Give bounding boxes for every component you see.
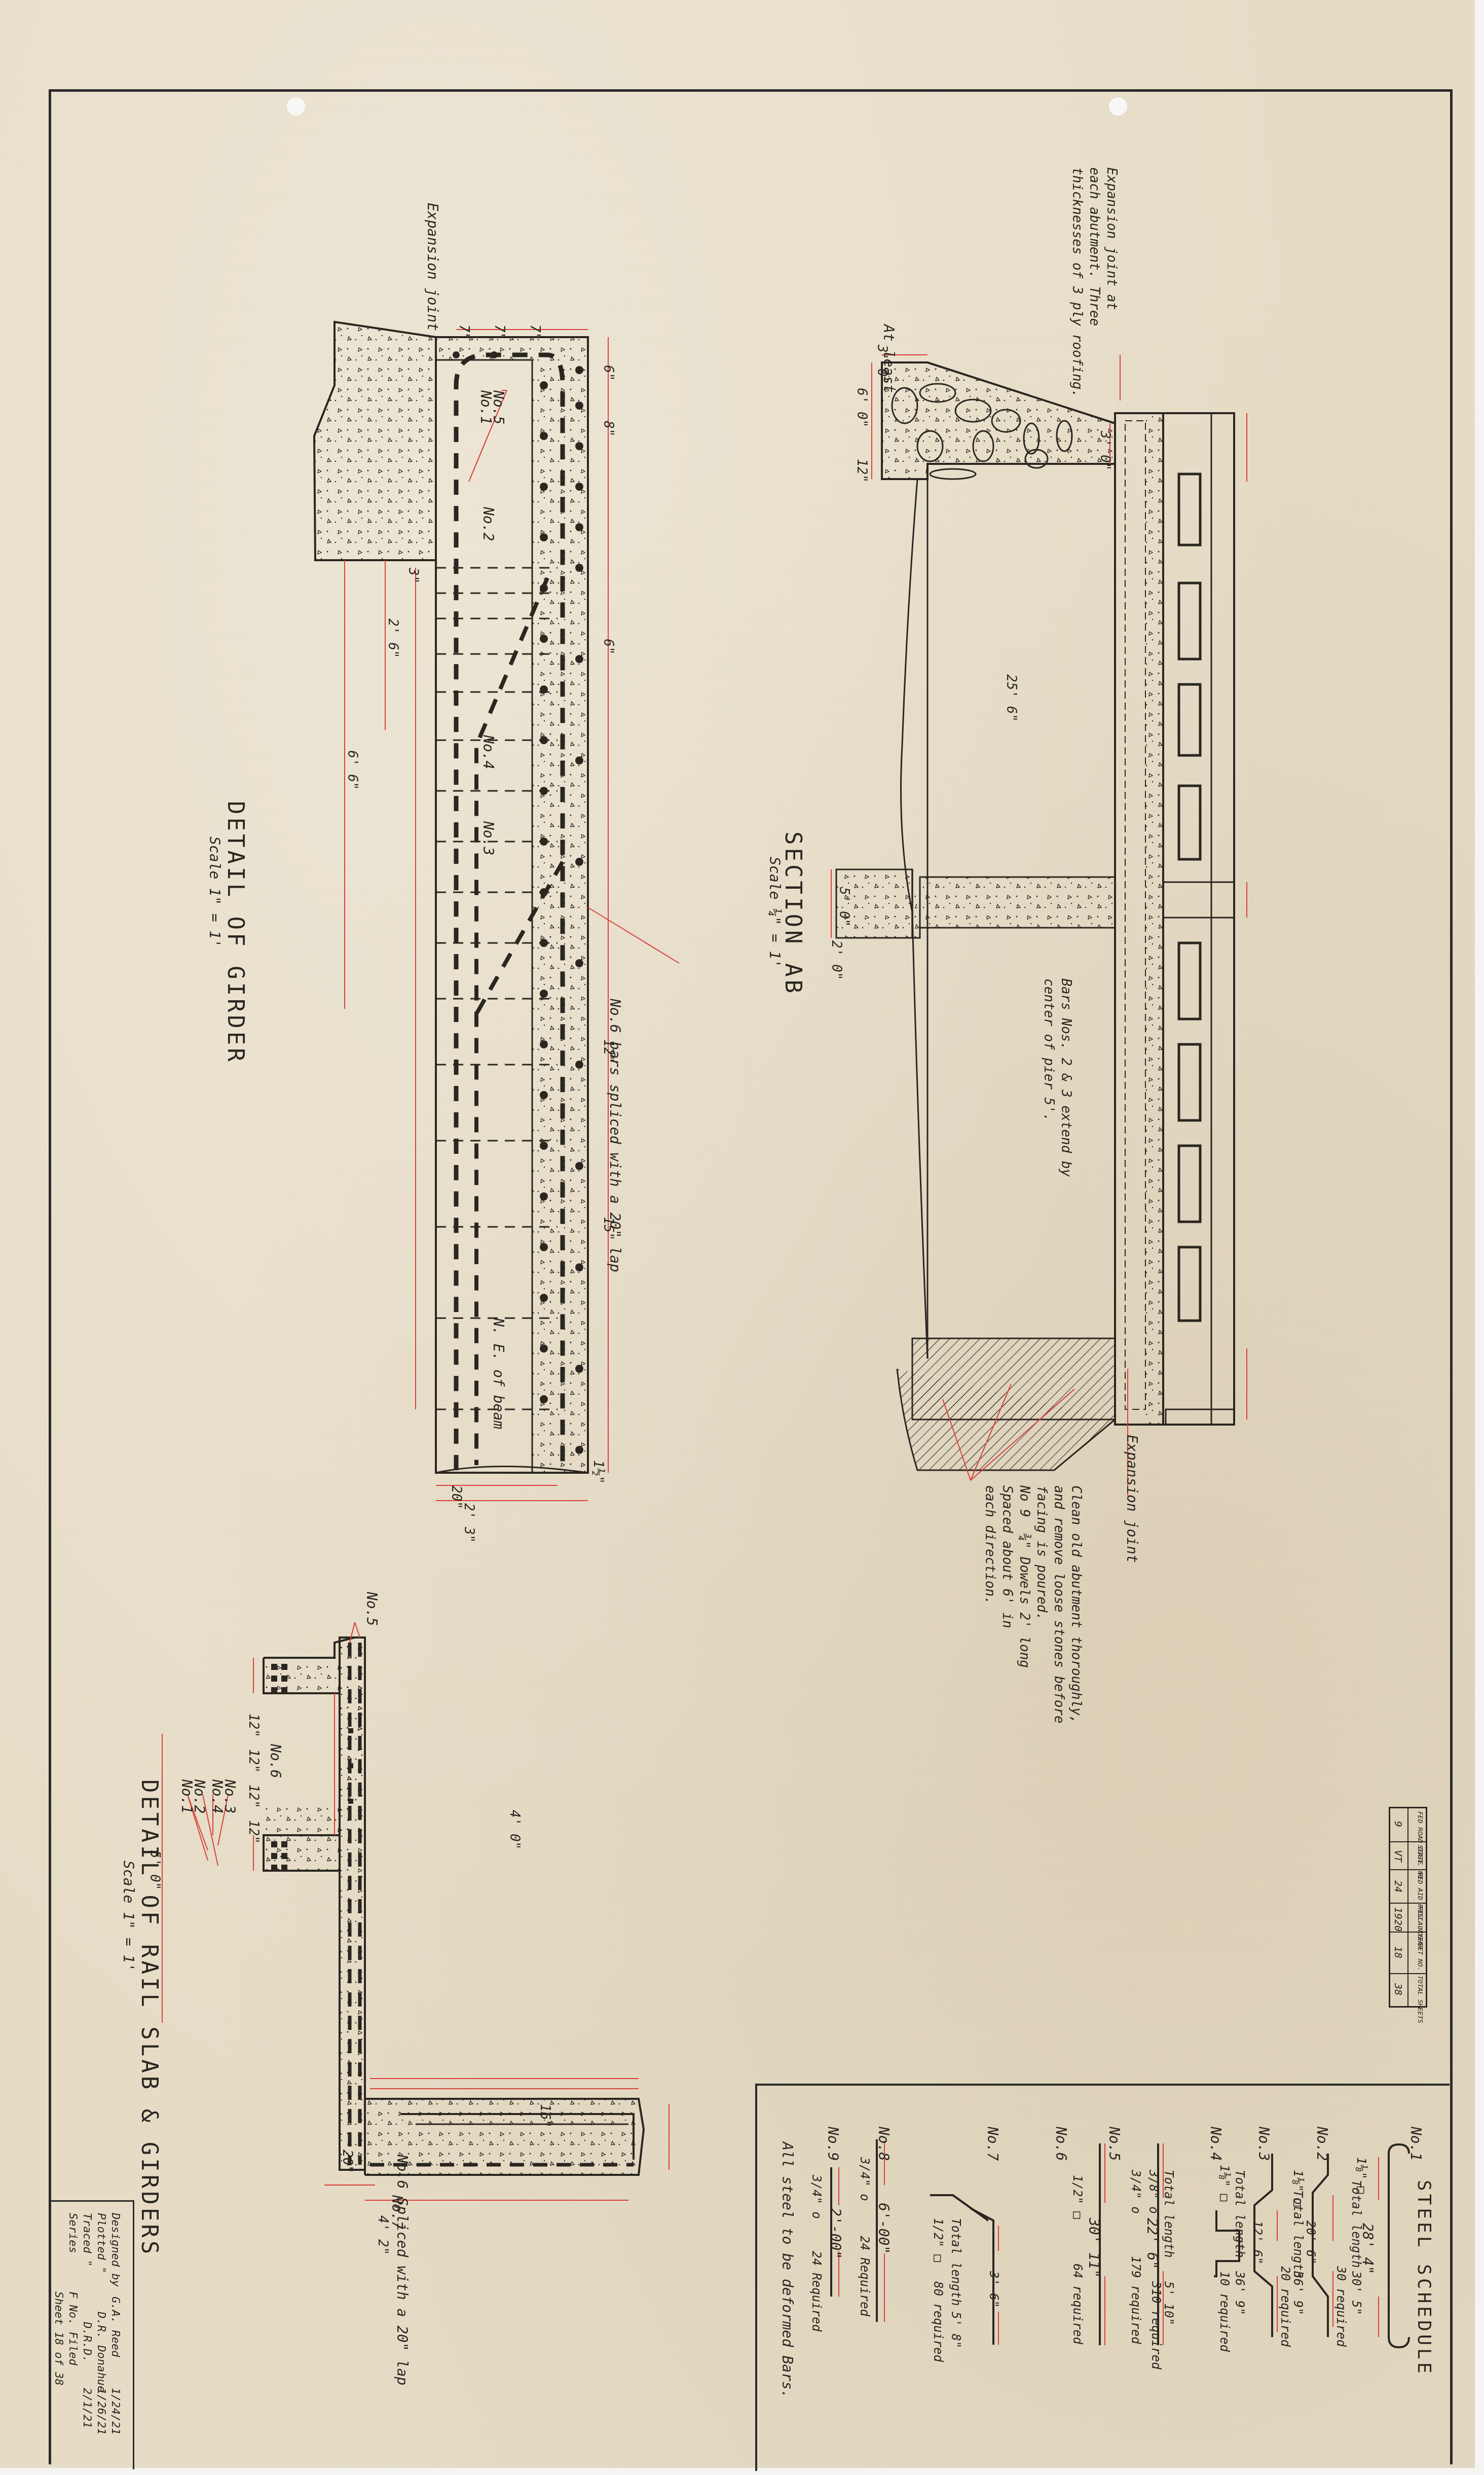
bar-no6-required: 64 required [1070, 2264, 1085, 2344]
bar-no4-size: 3/8" o [1146, 2170, 1161, 2214]
rail-vdim-12in-b: 12" [246, 1749, 261, 1773]
rail-vdim-12in-d: 12" [246, 1820, 261, 1844]
dim-right-12in: 12" [601, 1039, 616, 1063]
bar-no2-required: 20 required [1278, 2266, 1292, 2347]
dim-2ft3in: 2' 3" [461, 1503, 476, 1543]
girder-detail-scale: Scale 1" = 1' [206, 836, 223, 948]
bar-no7-required: 80 required [931, 2281, 945, 2362]
bar-no3-required: 10 required [1217, 2271, 1232, 2352]
dim-right-8in: 8" [601, 421, 616, 436]
dim-right-15in: 15" [601, 1217, 616, 1241]
expansion-joint-note: Expansion joint at each abutment. Three … [1068, 167, 1120, 397]
credit-traced-label: Traced " [81, 2213, 93, 2267]
abutment-height: 6' 0" [854, 388, 869, 427]
rail-bar-label-no6: No.6 [267, 1744, 284, 1778]
dim-top-7in-c: 7" [527, 324, 542, 340]
rail-bottom-4ft2in: 4' 2" [375, 2215, 390, 2255]
credit-sheet: Sheet 18 of 38 [52, 2291, 65, 2385]
header-state: STATE [1416, 1845, 1424, 1865]
value-fiscal-year: 1920 [1392, 1907, 1404, 1932]
rail-bottom-20in: 20" [340, 2150, 355, 2173]
abutment-inner-height: 3' 0" [1097, 431, 1112, 470]
value-fed-aid-proj: 24 [1392, 1880, 1404, 1892]
dim-right-6in: 6" [601, 365, 616, 381]
bar-label-no4: No.4 [480, 735, 497, 769]
value-total-sheets: 38 [1392, 1983, 1404, 1995]
abutment-cleaning-note: Clean old abutment thoroughly, and remov… [981, 1485, 1085, 1724]
rail-bar-label-no2: No.2 [191, 1779, 208, 1813]
bar-mark-no5: No.5 [1106, 2127, 1123, 2161]
bar-label-no3: No.3 [480, 821, 497, 855]
credit-plotted-date: 1/26/21 [95, 2388, 107, 2435]
bar-no4-total: 5' 10" [1162, 2281, 1176, 2325]
rail-vdim-12in-a: 12" [246, 1714, 261, 1737]
bar-no7-leg: 3' 6" [987, 2271, 1001, 2308]
bar-no9-size: 3/4" o [809, 2175, 824, 2219]
slab-dim-16in: 16" [537, 2104, 552, 2128]
federal-title-block: FED ROAD DIST. NO. STATE FED AID PROJ. N… [1389, 1807, 1427, 2008]
girder-detail-title: DETAIL OF GIRDER [222, 801, 248, 1065]
credit-traced-name: D.R.D. [81, 2322, 93, 2362]
bar-no9-length: 2'-00" [827, 2208, 844, 2259]
steel-schedule-title: STEEL SCHEDULE [1414, 2180, 1434, 2376]
bar-no9-required: 24 Required [809, 2251, 824, 2332]
credit-plotted-label: Plotted " [95, 2213, 107, 2273]
bar-no7-size: 1/2" □ [931, 2218, 945, 2262]
rail-vdim-12in-c: 12" [246, 1785, 261, 1808]
bar-label-no5: No.5 [490, 390, 507, 424]
bar-no6-length: 30' 11" [1086, 2218, 1102, 2278]
rail-bar-label-no5: No.5 [363, 1592, 380, 1626]
bar-mark-no6: No.6 [1053, 2127, 1069, 2161]
dim-left-3in: 3" [405, 568, 421, 584]
dim-6ft6in: 6' 6" [345, 750, 360, 790]
credit-series-value: F No. Filed [66, 2291, 79, 2365]
header-sheet-no: SHEET NO. [1416, 1935, 1424, 1971]
bar-no4-total-label: Total length [1162, 2170, 1176, 2258]
dim-1-5in: 1½" [590, 1460, 606, 1484]
bar-label-no2: No.2 [480, 507, 497, 541]
section-ab-title: SECTION AB [780, 831, 806, 996]
span-dimension: 25' 6" [1004, 674, 1019, 722]
no6-splice-note: No.6 Spliced with a 20" lap [394, 2155, 411, 2385]
bar-no8-required: 24 Required [858, 2236, 872, 2316]
bar-no4-required: 310 required [1149, 2281, 1163, 2369]
section-ab [836, 362, 1234, 1470]
rail-bar-label-no7: No.7 [389, 2195, 405, 2229]
bar-no1-required: 30 required [1334, 2266, 1348, 2347]
value-sheet-no: 18 [1392, 1946, 1404, 1958]
credit-series-label: Series [66, 2213, 79, 2253]
girder-detail [314, 322, 588, 1473]
credit-traced-date: 2/1/21 [81, 2388, 93, 2428]
bar-no3-segment: 12' 6" [1250, 2221, 1265, 2265]
bar-no2-total-label: Total length [1291, 2190, 1305, 2278]
pier-width: 2' 0" [829, 940, 844, 980]
credit-designed-name: G.A. Reed [109, 2297, 122, 2357]
bar-mark-no2: No.2 [1314, 2127, 1330, 2161]
bar-no5-required: 179 required [1129, 2256, 1143, 2344]
bar-no3-size: 1⅛" □ [1217, 2165, 1232, 2201]
bar-no1-total: 30' 5" [1349, 2271, 1363, 2315]
rail-bar-label-no3: No.3 [221, 1779, 238, 1813]
credit-plotted-name: D.R. Donahue [95, 2312, 107, 2392]
dim-right-6in-b: 6" [601, 639, 616, 654]
bar-no8-length: 6'-00" [875, 2203, 892, 2254]
bar-no7-total-label: Total length [949, 2218, 963, 2306]
value-state: VT [1392, 1850, 1404, 1862]
bar-mark-no3: No.3 [1255, 2127, 1272, 2161]
credit-designed-date: 1/24/21 [109, 2388, 122, 2435]
dim-top-7in-b: 7" [492, 324, 507, 340]
bar-no3-total-label: Total length [1233, 2170, 1247, 2258]
bar-no5-length: 22' 6" [1144, 2218, 1161, 2269]
bar-no5-size: 3/4" o [1129, 2170, 1143, 2214]
slab-width: 4' 0" [507, 1810, 522, 1849]
bar-mark-no9: No.9 [825, 2127, 841, 2161]
dim-2ft6in: 2' 6" [385, 618, 400, 658]
steel-footnote: All steel to be deformed Bars. [779, 2142, 796, 2398]
expansion-joint-bottom-label: Expansion joint [1124, 1435, 1140, 1563]
credit-designed-label: Designed by [109, 2213, 122, 2287]
pier-height: 5' 0" [836, 887, 851, 927]
section-ab-scale: Scale ¼" = 1' [766, 857, 783, 968]
rail-slab-detail [264, 1637, 644, 2175]
abutment-top-width: 3' 0" [874, 345, 889, 384]
rail-slab-scale: Scale 1" = 1' [120, 1861, 137, 1972]
bar-no7-total: 5' 8" [949, 2312, 963, 2348]
drawing-sheet: DETAIL OF GIRDER Scale 1" = 1' Expansion… [0, 0, 1475, 2468]
beam-note: N. E. of beam [490, 1318, 507, 1429]
header-total-sheets: TOTAL SHEETS [1416, 1976, 1424, 2023]
rail-height: 5' 0" [147, 1850, 162, 1890]
bars-extend-note: Bars Nos. 2 & 3 extend by center of pier… [1040, 978, 1074, 1177]
bar-mark-no4: No.4 [1207, 2127, 1224, 2161]
dim-top-7in-a: 7" [456, 324, 471, 340]
bar-no3-total: 36' 9" [1233, 2271, 1247, 2315]
bar-mark-no1: No.1 [1407, 2127, 1424, 2161]
bar-no6-size: 1/2" □ [1070, 2175, 1085, 2219]
bar-mark-no8: No.8 [875, 2127, 892, 2161]
bar-no2-segment: 20' 6" [1304, 2221, 1318, 2265]
value-fed-road-dist: 9 [1392, 1821, 1404, 1827]
expansion-joint-label: Expansion joint [424, 203, 441, 331]
bar-no8-size: 3/4" o [858, 2157, 872, 2201]
bar-mark-no7: No.7 [984, 2127, 1001, 2161]
bar-no1-segment: 28' 4" [1359, 2223, 1376, 2274]
abutment-step: 12" [854, 459, 869, 483]
bar-no2-total: 36' 9" [1291, 2271, 1305, 2315]
